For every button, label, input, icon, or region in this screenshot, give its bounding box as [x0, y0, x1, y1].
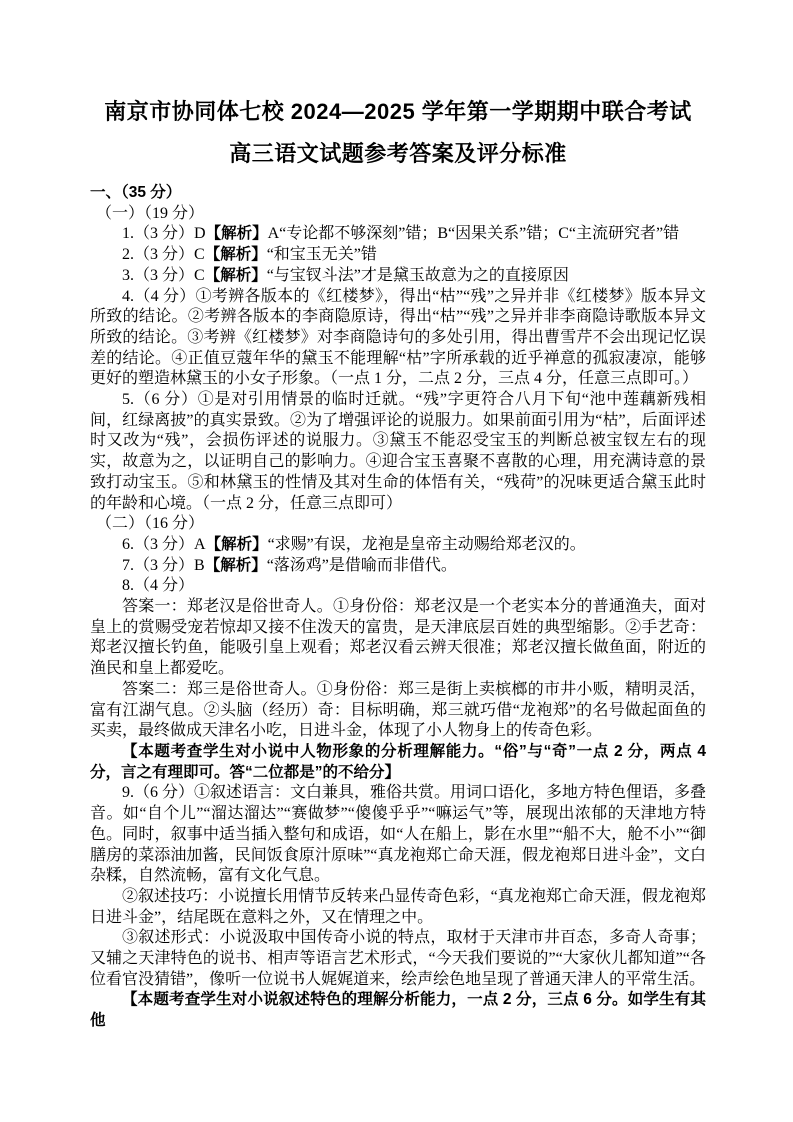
document-title: 南京市协同体七校 2024—2025 学年第一学期期中联合考试 [90, 98, 706, 126]
text-run: 答案一：郑老汉是俗世奇人。①身份俗：郑老汉是一个老实本分的普通渔夫，面对皇上的赏… [90, 598, 706, 677]
text-run: 2.（3 分）C [122, 246, 205, 263]
text-run: ②叙述技巧：小说擅长用情节反转来凸显传奇色彩，“真龙袍郑亡命天涯，假龙袍郑日进斗… [90, 888, 706, 926]
text-run-bold: 【解析】 [205, 267, 267, 284]
text-run: 3.（3 分）C [122, 267, 205, 284]
text-run-bold: 【本题考查学生对小说叙述特色的理解分析能力，一点 2 分，三点 6 分。如学生有… [90, 991, 706, 1029]
text-run-bold: 一、（35 分） [90, 184, 181, 201]
text-block: 6.（3 分）A【解析】“求赐”有误，龙袍是皇帝主动赐给郑老汉的。 [90, 535, 706, 556]
text-run: “落汤鸡”是借喻而非借代。 [267, 557, 457, 574]
text-block: 【本题考查学生对小说叙述特色的理解分析能力，一点 2 分，三点 6 分。如学生有… [90, 990, 706, 1031]
text-block: 答案一：郑老汉是俗世奇人。①身份俗：郑老汉是一个老实本分的普通渔夫，面对皇上的赏… [90, 597, 706, 680]
text-block: 3.（3 分）C【解析】“与宝钗斗法”才是黛玉故意为之的直接原因 [90, 266, 706, 287]
text-block: ③叙述形式：小说汲取中国传奇小说的特点，取材于天津市井百态，多奇人奇事；又辅之天… [90, 928, 706, 990]
text-run: A“专论都不够深刻”错；B“因果关系”错；C“主流研究者”错 [268, 225, 680, 242]
text-run: 6.（3 分）A [122, 536, 206, 553]
text-block: （二）（16 分） [90, 514, 706, 535]
text-run-bold: 【解析】 [206, 536, 268, 553]
text-run-bold: 【解析】 [205, 246, 267, 263]
text-run-bold: 【解析】 [205, 557, 267, 574]
text-run: （二）（16 分） [96, 515, 204, 532]
text-run: 7.（3 分）B [122, 557, 205, 574]
document-subtitle: 高三语文试题参考答案及评分标准 [90, 140, 706, 168]
text-run: 答案二：郑三是俗世奇人。①身份俗：郑三是街上卖槟榔的市井小贩，精明灵活，富有江湖… [90, 681, 706, 739]
text-block: 5.（6 分）①是对引用情景的临时迁就。“残”字更符合八月下旬“池中莲藕新残相间… [90, 390, 706, 514]
text-run: ③叙述形式：小说汲取中国传奇小说的特点，取材于天津市井百态，多奇人奇事；又辅之天… [90, 929, 706, 987]
text-run: “求赐”有误，龙袍是皇帝主动赐给郑老汉的。 [268, 536, 586, 553]
text-run: 9.（6 分）①叙述语言：文白兼具，雅俗共赏。用词口语化，多地方特色俚语，多叠音… [90, 784, 706, 884]
text-block: 【本题考查学生对小说中人物形象的分析理解能力。“俗”与“奇”一点 2 分，两点 … [90, 742, 706, 783]
document-body: 一、（35 分）（一）（19 分）1.（3 分）D【解析】A“专论都不够深刻”错… [90, 183, 706, 1032]
text-run: （一）（19 分） [96, 205, 204, 222]
text-run: “与宝钗斗法”才是黛玉故意为之的直接原因 [267, 267, 569, 284]
text-block: （一）（19 分） [90, 204, 706, 225]
text-block: 答案二：郑三是俗世奇人。①身份俗：郑三是街上卖槟榔的市井小贩，精明灵活，富有江湖… [90, 680, 706, 742]
text-block: 2.（3 分）C【解析】“和宝玉无关”错 [90, 245, 706, 266]
text-run: “和宝玉无关”错 [267, 246, 377, 263]
text-run: 5.（6 分）①是对引用情景的临时迁就。“残”字更符合八月下旬“池中莲藕新残相间… [90, 391, 706, 512]
text-block: 8.（4 分） [90, 576, 706, 597]
document-page: 南京市协同体七校 2024—2025 学年第一学期期中联合考试 高三语文试题参考… [0, 0, 793, 1122]
text-block: 4.（4 分）①考辨各版本的《红楼梦》，得出“枯”“残”之异并非《红楼梦》版本异… [90, 287, 706, 391]
text-block: 9.（6 分）①叙述语言：文白兼具，雅俗共赏。用词口语化，多地方特色俚语，多叠音… [90, 783, 706, 887]
text-run-bold: 【本题考查学生对小说中人物形象的分析理解能力。“俗”与“奇”一点 2 分，两点 … [90, 743, 706, 781]
text-run: 8.（4 分） [122, 577, 194, 594]
text-block: 1.（3 分）D【解析】A“专论都不够深刻”错；B“因果关系”错；C“主流研究者… [90, 224, 706, 245]
text-block: ②叙述技巧：小说擅长用情节反转来凸显传奇色彩，“真龙袍郑亡命天涯，假龙袍郑日进斗… [90, 887, 706, 928]
text-block: 7.（3 分）B【解析】“落汤鸡”是借喻而非借代。 [90, 556, 706, 577]
text-run: 4.（4 分）①考辨各版本的《红楼梦》，得出“枯”“残”之异并非《红楼梦》版本异… [90, 288, 706, 388]
text-block: 一、（35 分） [90, 183, 706, 204]
text-run-bold: 【解析】 [206, 225, 268, 242]
text-run: 1.（3 分）D [122, 225, 206, 242]
